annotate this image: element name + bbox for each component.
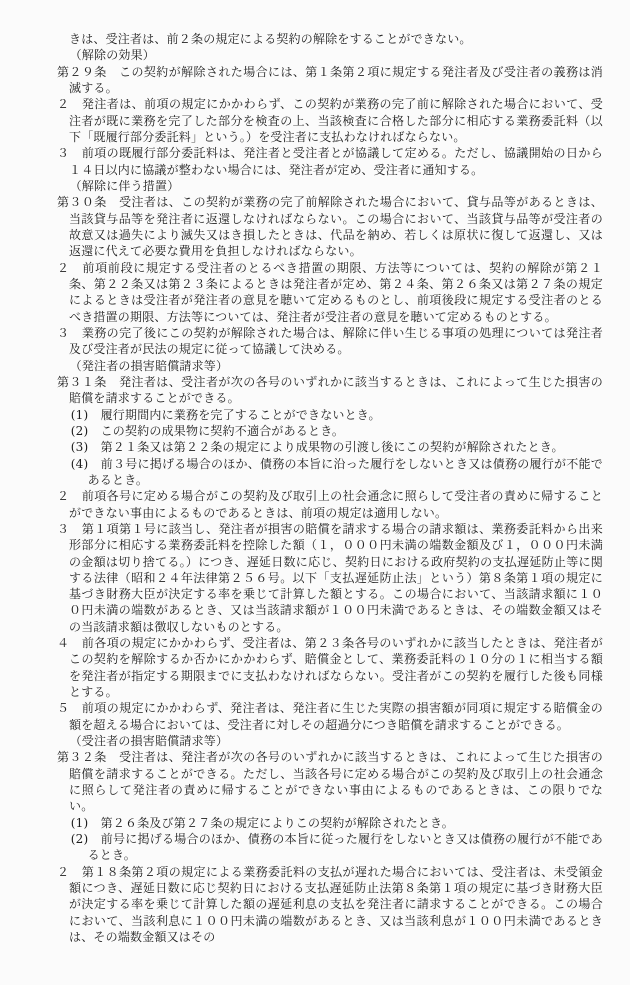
article-31-item-1: (1) 履行期間内に業務を完了することができないとき。 <box>57 407 603 423</box>
article-31-item-3: (3) 第２１条又は第２２条の規定により成果物の引渡し後にこの契約が解除されたと… <box>57 439 603 455</box>
article-31-item-4: (4) 前３号に掲げる場合のほか、債務の本旨に沿った履行をしないとき又は債務の履… <box>57 456 603 489</box>
article-32-item-1: (1) 第２６条及び第２７条の規定によりこの契約が解除されたとき。 <box>57 815 603 831</box>
carryover-line: きは、受注者は、前２条の規定による契約の解除をすることができない。 <box>69 31 603 47</box>
article-31-para-4: ４ 前各項の規定にかかわらず、受注者は、第２３条各号のいずれかに該当したときは、… <box>57 635 603 700</box>
article-32-body: 第３２条 受注者は、発注者が次の各号のいずれかに該当するときは、これによって生じ… <box>57 749 603 814</box>
article-29-body: 第２９条 この契約が解除された場合には、第１条第２項に規定する発注者及び受注者の… <box>57 64 603 97</box>
article-31-para-5: ５ 前項の規定にかかわらず、発注者は、発注者に生じた実際の損害額が同項に規定する… <box>57 700 603 733</box>
article-31-para-2: ２ 前項各号に定める場合がこの契約及び取引上の社会通念に照らして受注者の責めに帰… <box>57 488 603 521</box>
article-32-item-2: (2) 前号に掲げる場合のほか、債務の本旨に従った履行をしないとき又は債務の履行… <box>57 831 603 864</box>
article-31-body: 第３１条 発注者は、受注者が次の各号のいずれかに該当するときは、これによって生じ… <box>57 374 603 407</box>
article-29-para-2: ２ 発注者は、前項の規定にかかわらず、この契約が業務の完了前に解除された場合にお… <box>57 96 603 145</box>
article-30-body: 第３０条 受注者は、この契約が業務の完了前解除された場合において、貸与品等がある… <box>57 194 603 259</box>
article-30-heading: （解除に伴う措置） <box>70 178 603 194</box>
article-29-heading: （解除の効果） <box>70 47 603 63</box>
article-32-para-2: ２ 第１８条第２項の規定による業務委託料の支払が遅れた場合においては、受注者は、… <box>57 864 603 946</box>
article-30-para-2: ２ 前項前段に規定する受注者のとるべき措置の期限、方法等については、契約の解除が… <box>57 260 603 325</box>
article-29-para-3: ３ 前項の既履行部分委託料は、発注者と受注者とが協議して定める。ただし、協議開始… <box>57 145 603 178</box>
article-31-heading: （発注者の損害賠償請求等） <box>70 358 603 374</box>
article-31-item-2: (2) この契約の成果物に契約不適合があるとき。 <box>57 423 603 439</box>
contract-text-body: きは、受注者は、前２条の規定による契約の解除をすることができない。（解除の効果）… <box>57 31 603 945</box>
article-30-para-3: ３ 業務の完了後にこの契約が解除された場合は、解除に伴い生じる事項の処理について… <box>57 325 603 358</box>
article-31-para-3: ３ 第１項第１号に該当し、発注者が損害の賠償を請求する場合の請求額は、業務委託料… <box>57 521 603 635</box>
document-page: きは、受注者は、前２条の規定による契約の解除をすることができない。（解除の効果）… <box>0 0 630 985</box>
article-32-heading: （受注者の損害賠償請求等） <box>70 733 603 749</box>
